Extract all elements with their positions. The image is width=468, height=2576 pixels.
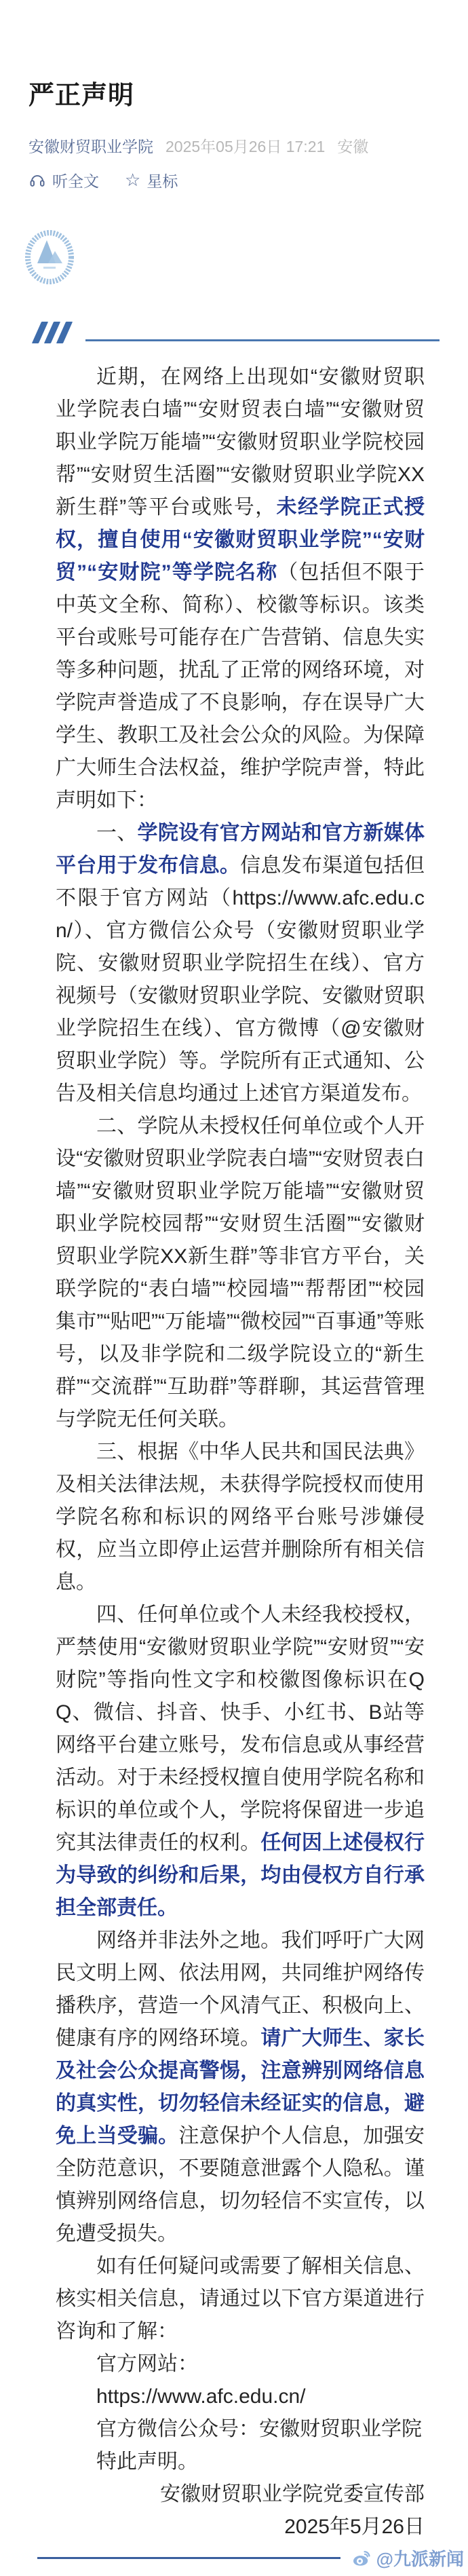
watermark-text: @九派新闻 <box>376 2545 464 2571</box>
official-wechat-account: 官方微信公众号：安徽财贸职业学院 <box>56 2413 425 2446</box>
wechat-article-page: 严正声明 安徽财贸职业学院 2025年05月26日 17:21 安徽 听全文 ☆… <box>0 0 468 2576</box>
college-seal-logo <box>24 229 75 285</box>
publish-date: 2025年05月26日 17:21 <box>165 134 325 157</box>
weibo-watermark: @九派新闻 <box>351 2545 464 2571</box>
article-body: 近期，在网络上出现如“安徽财贸职业学院表白墙”“安财贸表白墙”“安徽财贸职业学院… <box>28 361 440 2543</box>
star-icon[interactable]: ☆ <box>125 171 140 189</box>
signature-department: 安徽财贸职业学院党委宣传部 <box>56 2478 425 2511</box>
body-paragraph-1: 近期，在网络上出现如“安徽财贸职业学院表白墙”“安财贸表白墙”“安徽财贸职业学院… <box>56 361 425 817</box>
publish-location: 安徽 <box>337 134 368 157</box>
listen-full-text-button[interactable]: 听全文 <box>52 169 99 191</box>
footer: @九派新闻 <box>37 2545 464 2571</box>
body-paragraph-6: 网络并非法外之地。我们呼吁广大网民文明上网、依法用网，共同维护网络传播秩序，营造… <box>56 1925 425 2250</box>
weibo-icon <box>351 2550 372 2567</box>
signature-date: 2025年5月26日 <box>56 2511 425 2543</box>
section-divider-line <box>85 339 440 341</box>
footer-divider-line <box>37 2557 340 2559</box>
section-heading-decor <box>28 322 440 343</box>
headphone-icon <box>28 171 46 189</box>
official-website-url: https://www.afc.edu.cn/ <box>56 2381 425 2413</box>
body-paragraph-5: 四、任何单位或个人未经我校授权，严禁使用“安徽财贸职业学院”“安财贸”“安财院”… <box>56 1599 425 1925</box>
page-title: 严正声明 <box>28 80 440 113</box>
closing-statement: 特此声明。 <box>56 2446 425 2478</box>
audio-row: 听全文 ☆ 星标 <box>28 169 440 191</box>
star-button[interactable]: 星标 <box>147 169 178 191</box>
article-meta: 安徽财贸职业学院 2025年05月26日 17:21 安徽 <box>28 134 440 157</box>
body-paragraph-4: 三、根据《中华人民共和国民法典》及相关法律法规，未获得学院授权而使用学院名称和标… <box>56 1436 425 1599</box>
body-paragraph-3: 二、学院从未授权任何单位或个人开设“安徽财贸职业学院表白墙”“安财贸表白墙”“安… <box>56 1110 425 1436</box>
body-paragraph-7: 如有任何疑问或需要了解相关信息、核实相关信息，请通过以下官方渠道进行咨询和了解： <box>56 2250 425 2348</box>
decorative-slashes-icon <box>37 322 68 343</box>
account-name-link[interactable]: 安徽财贸职业学院 <box>28 134 153 157</box>
body-paragraph-2: 一、学院设有官方网站和官方新媒体平台用于发布信息。信息发布渠道包括但不限于官方网… <box>56 817 425 1110</box>
official-website-label: 官方网站： <box>56 2348 425 2381</box>
